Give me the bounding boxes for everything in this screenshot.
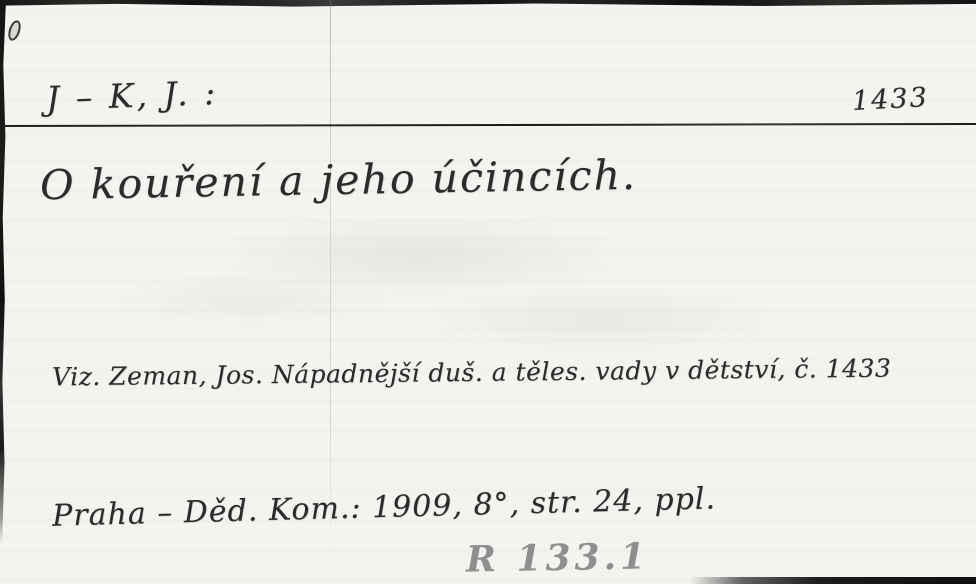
ink-blot-mark <box>6 19 23 42</box>
scan-edge-bottom-shadow <box>690 577 976 584</box>
header-rule-line <box>0 123 976 127</box>
scan-edge-left <box>0 0 6 545</box>
cross-reference-handwriting: Viz. Zeman, Jos. Nápadnější duš. a těles… <box>52 354 892 392</box>
card-number-handwriting: 1433 <box>851 82 929 117</box>
catalog-card-scan: J – K, J. : 1433 O kouření a jeho účincí… <box>0 0 976 584</box>
title-handwriting: O kouření a jeho účincích. <box>40 151 638 209</box>
imprint-handwriting: Praha – Děd. Kom.: 1909, 8°, str. 24, pp… <box>52 481 717 533</box>
card-crease-line <box>330 0 331 562</box>
shelfmark-pencil-annotation: R 133.1 <box>466 535 650 580</box>
classmark-handwriting: J – K, J. : <box>45 73 218 118</box>
scan-edge-top <box>0 0 976 7</box>
